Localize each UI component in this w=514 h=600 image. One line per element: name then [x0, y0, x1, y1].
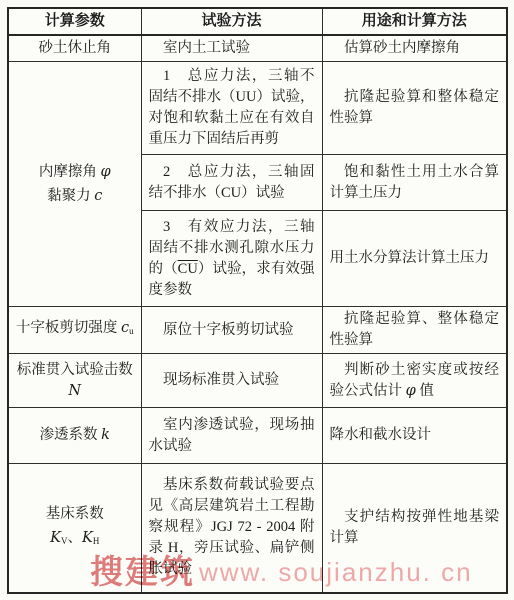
soil-parameters-table: 计算参数 试验方法 用途和计算方法 砂土休止角 室内土工试验 估算砂土内摩擦角 … [7, 7, 508, 594]
row-permeability: 渗透系数 k 室内渗透试验，现场抽水试验 降水和截水设计 [8, 408, 507, 464]
use-cell-cubar: 用土水分算法计算土压力 [322, 211, 507, 307]
use-cell-uu: 抗隆起验算和整体稳定性验算 [322, 62, 507, 155]
method-cell-uu: 1 总应力法，三轴不固结不排水（UU）试验，对饱和软黏土应在有效自重压力下固结后… [141, 62, 322, 155]
row-spt: 标准贯入试验击数 N 现场标准贯入试验 判断砂土密实度或按经验公式估计 φ 值 [8, 354, 507, 408]
method-cell-vane: 原位十字板剪切试验 [141, 307, 322, 354]
param-cohesion-line: 黏聚力 c [12, 184, 138, 208]
param-subgrade-line: 基床系数 [12, 502, 138, 526]
header-cell-param: 计算参数 [8, 8, 141, 35]
row-friction-sub-uu: 内摩擦角 φ 黏聚力 c 1 总应力法，三轴不固结不排水（UU）试验，对饱和软黏… [8, 62, 507, 155]
scanned-document-page: 计算参数 试验方法 用途和计算方法 砂土休止角 室内土工试验 估算砂土内摩擦角 … [0, 0, 514, 600]
param-cell-vane: 十字板剪切强度 cu [8, 307, 141, 354]
header-cell-method: 试验方法 [141, 8, 322, 35]
param-cell-permeability: 渗透系数 k [8, 408, 141, 464]
use-cell-spt: 判断砂土密实度或按经验公式估计 φ 值 [322, 354, 507, 408]
param-cell-friction-cohesion: 内摩擦角 φ 黏聚力 c [8, 62, 141, 307]
method-cell-cu: 2 总应力法，三轴固结不排水（CU）试验 [141, 155, 322, 211]
table-header-row: 计算参数 试验方法 用途和计算方法 [8, 8, 507, 35]
method-cell-repose: 室内土工试验 [141, 35, 322, 62]
row-repose-angle: 砂土休止角 室内土工试验 估算砂土内摩擦角 [8, 35, 507, 62]
param-friction-line: 内摩擦角 φ [12, 160, 138, 184]
method-cell-cubar: 3 有效应力法，三轴固结不排水测孔隙水压力的（CU）试验，求有效强度参数 [141, 211, 322, 307]
param-cell-spt: 标准贯入试验击数 N [8, 354, 141, 408]
param-subgrade-symbols: KV、KH [12, 526, 138, 553]
method-cell-spt: 现场标准贯入试验 [141, 354, 322, 408]
method-cell-permeability: 室内渗透试验，现场抽水试验 [141, 408, 322, 464]
use-cell-cu: 饱和黏性土用土水合算计算土压力 [322, 155, 507, 211]
cu-overline: CU [178, 261, 198, 277]
param-cell-subgrade: 基床系数 KV、KH [8, 464, 141, 593]
row-subgrade-modulus: 基床系数 KV、KH 基床系数荷载试验要点见《高层建筑岩土工程勘察规程》JGJ … [8, 464, 507, 593]
header-cell-use: 用途和计算方法 [322, 8, 507, 35]
use-cell-repose: 估算砂土内摩擦角 [322, 35, 507, 62]
param-cell-repose: 砂土休止角 [8, 35, 141, 62]
method-cell-subgrade: 基床系数荷载试验要点见《高层建筑岩土工程勘察规程》JGJ 72 - 2004 附… [141, 464, 322, 593]
use-cell-permeability: 降水和截水设计 [322, 408, 507, 464]
use-cell-subgrade: 支护结构按弹性地基梁计算 [322, 464, 507, 593]
use-cell-vane: 抗隆起验算、整体稳定性验算 [322, 307, 507, 354]
row-vane-shear: 十字板剪切强度 cu 原位十字板剪切试验 抗隆起验算、整体稳定性验算 [8, 307, 507, 354]
